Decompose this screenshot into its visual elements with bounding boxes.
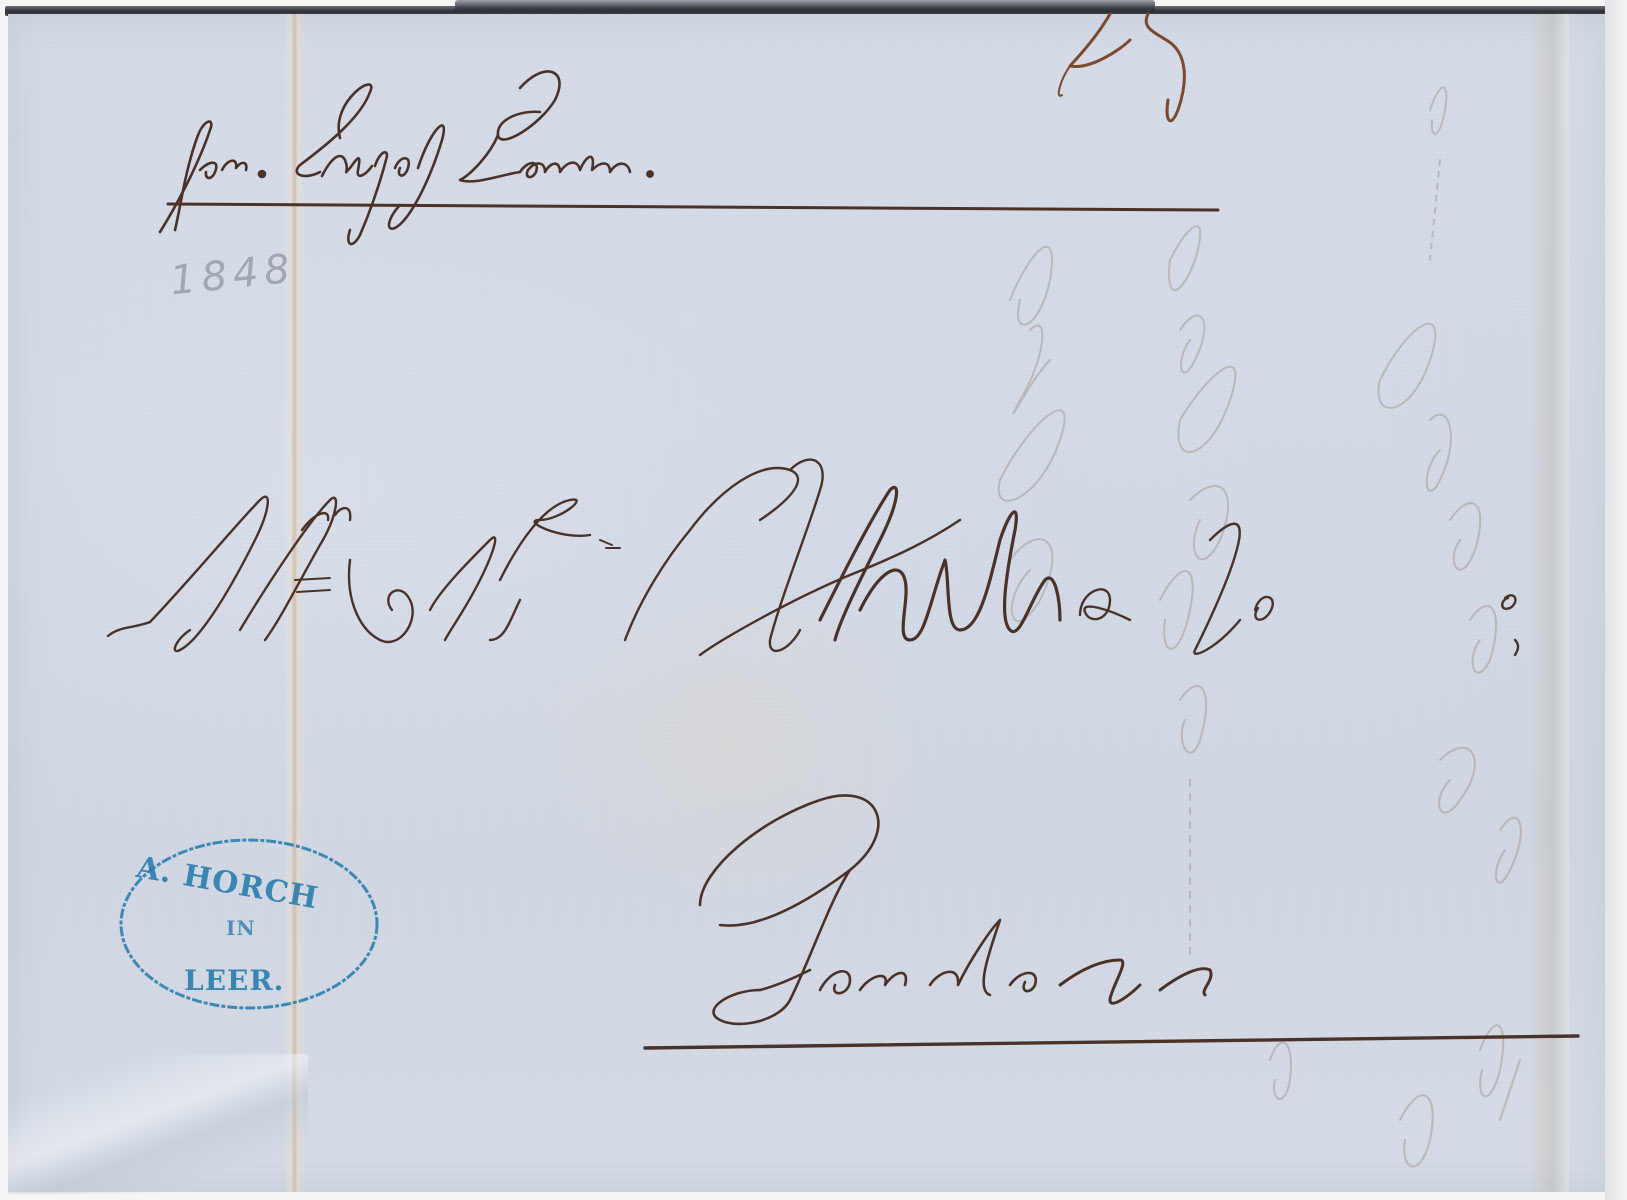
oval-postmark: A. HORCH IN LEER. (118, 836, 380, 1012)
show-through-writing (999, 88, 1521, 1167)
rate-mark (1059, 14, 1185, 121)
handwriting-layer (0, 0, 1627, 1200)
letter-cover-photo: 1848 A. HORCH IN LEER. per City of Londo… (0, 0, 1627, 1200)
address-line1-script (108, 460, 1518, 655)
postmark-line-3: LEER. (184, 964, 284, 997)
postmark-line-2: IN (226, 916, 256, 940)
endorsement-script (160, 71, 1218, 244)
address-line2-script (645, 795, 1578, 1048)
